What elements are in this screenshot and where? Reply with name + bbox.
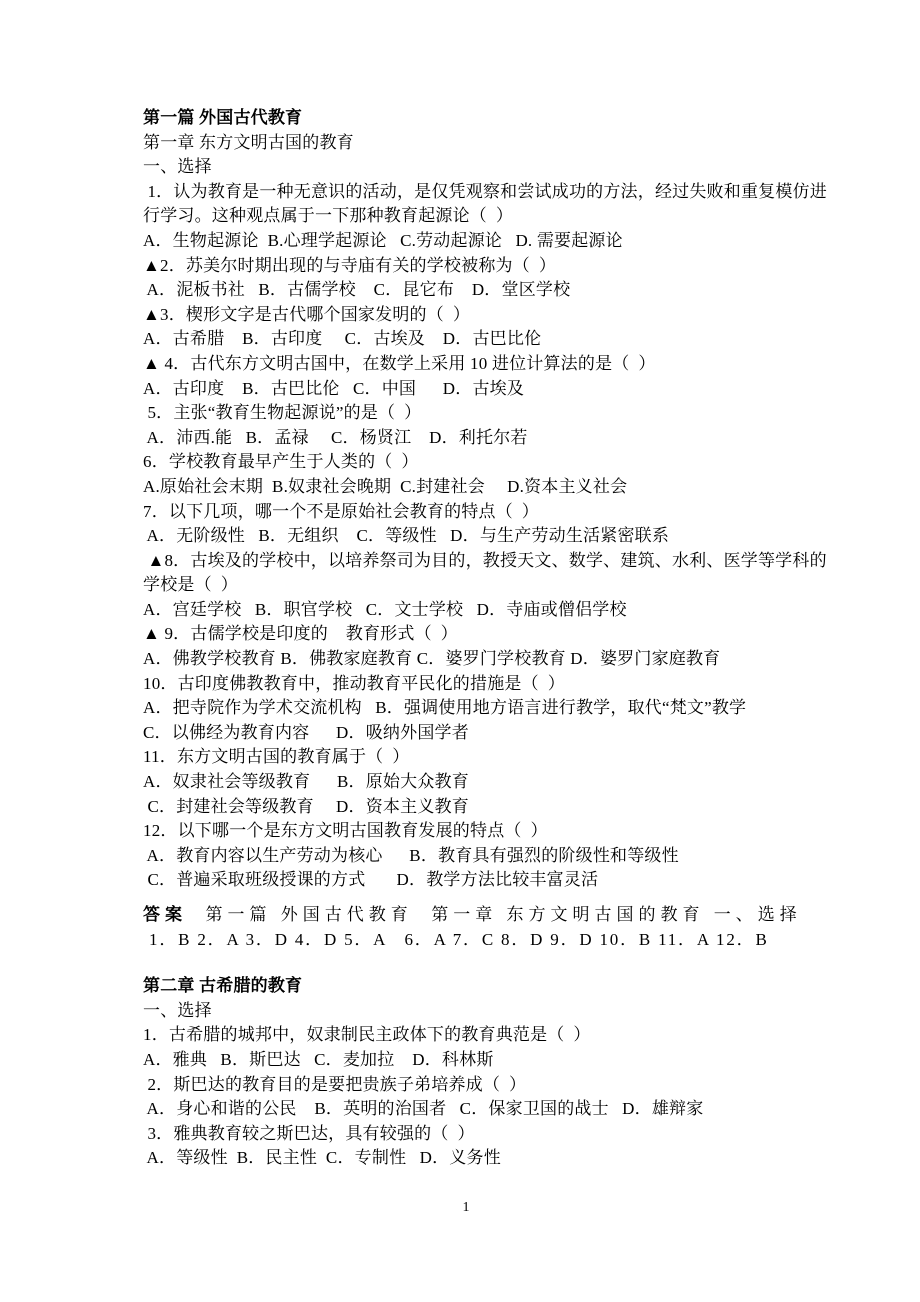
- doc-line: 12．以下哪一个是东方文明古国教育发展的特点（ ）: [143, 819, 793, 844]
- answer-heading-text: 第一篇 外国古代教育 第一章 东方文明古国的教育 一、选择: [206, 905, 802, 924]
- doc-line: 1．认为教育是一种无意识的活动，是仅凭观察和尝试成功的方法，经过失败和重复模仿进: [143, 180, 793, 205]
- doc-line: A．古印度 B．古巴比伦 C．中国 D．古埃及: [143, 377, 793, 402]
- doc-line: 学校是（ ）: [143, 573, 793, 598]
- answer-key-line: 1．B 2．A 3．D 4．D 5．A 6．A 7．C 8．D 9．D 10．B…: [143, 928, 793, 953]
- doc-line: A．身心和谐的公民 B．英明的治国者 C．保家卫国的战士 D．雄辩家: [143, 1097, 793, 1122]
- doc-line: 10．古印度佛教教育中，推动教育平民化的措施是（ ）: [143, 672, 793, 697]
- document-body: 第一篇 外国古代教育第一章 东方文明古国的教育一、选择 1．认为教育是一种无意识…: [143, 106, 793, 1171]
- document-page: 第一篇 外国古代教育第一章 东方文明古国的教育一、选择 1．认为教育是一种无意识…: [0, 0, 920, 1302]
- doc-line: ▲ 9．古儒学校是印度的 教育形式（ ）: [143, 622, 793, 647]
- doc-line: A．生物起源论 B.心理学起源论 C.劳动起源论 D. 需要起源论: [143, 229, 793, 254]
- doc-line: 一、选择: [143, 155, 793, 180]
- page-number: 1: [463, 1200, 470, 1215]
- doc-line: C．以佛经为教育内容 D．吸纳外国学者: [143, 721, 793, 746]
- doc-line: 3．雅典教育较之斯巴达，具有较强的（ ）: [143, 1122, 793, 1147]
- section-heading: 第二章 古希腊的教育: [143, 974, 793, 999]
- doc-line: 11．东方文明古国的教育属于（ ）: [143, 745, 793, 770]
- doc-line: A．沛西.能 B．孟禄 C．杨贤江 D．利托尔若: [143, 426, 793, 451]
- doc-line: A．雅典 B．斯巴达 C．麦加拉 D．科林斯: [143, 1048, 793, 1073]
- doc-line: A．等级性 B．民主性 C．专制性 D．义务性: [143, 1146, 793, 1171]
- doc-line: ▲8．古埃及的学校中，以培养祭司为目的，教授天文、数学、建筑、水利、医学等学科的: [143, 549, 793, 574]
- doc-line: 5．主张“教育生物起源说”的是（ ）: [143, 401, 793, 426]
- doc-line: A.原始社会末期 B.奴隶社会晚期 C.封建社会 D.资本主义社会: [143, 475, 793, 500]
- spacer: [143, 952, 793, 974]
- doc-line: A．奴隶社会等级教育 B．原始大众教育: [143, 770, 793, 795]
- doc-line: C．封建社会等级教育 D．资本主义教育: [143, 795, 793, 820]
- page-footer: 1: [143, 1200, 789, 1216]
- doc-line: A．教育内容以生产劳动为核心 B．教育具有强烈的阶级性和等级性: [143, 844, 793, 869]
- answer-header-line: 答案 第一篇 外国古代教育 第一章 东方文明古国的教育 一、选择: [143, 903, 793, 928]
- answer-label: 答案: [143, 905, 187, 924]
- doc-line: A．佛教学校教育 B．佛教家庭教育 C．婆罗门学校教育 D．婆罗门家庭教育: [143, 647, 793, 672]
- doc-line: A．把寺院作为学术交流机构 B．强调使用地方语言进行教学，取代“梵文”教学: [143, 696, 793, 721]
- doc-line: ▲ 4．古代东方文明古国中，在数学上采用 10 进位计算法的是（ ）: [143, 352, 793, 377]
- doc-line: 一、选择: [143, 999, 793, 1024]
- doc-line: 第一章 东方文明古国的教育: [143, 131, 793, 156]
- section-heading: 第一篇 外国古代教育: [143, 106, 793, 131]
- doc-line: 7．以下几项，哪一个不是原始社会教育的特点（ ）: [143, 500, 793, 525]
- doc-line: C．普遍采取班级授课的方式 D．教学方法比较丰富灵活: [143, 868, 793, 893]
- doc-line: A．古希腊 B．古印度 C．古埃及 D．古巴比伦: [143, 327, 793, 352]
- doc-line: 行学习。这种观点属于一下那种教育起源论（ ）: [143, 204, 793, 229]
- doc-line: A．无阶级性 B．无组织 C．等级性 D．与生产劳动生活紧密联系: [143, 524, 793, 549]
- doc-line: 2．斯巴达的教育目的是要把贵族子弟培养成（ ）: [143, 1073, 793, 1098]
- doc-line: A．宫廷学校 B．职官学校 C．文士学校 D．寺庙或僧侣学校: [143, 598, 793, 623]
- doc-line: ▲2．苏美尔时期出现的与寺庙有关的学校被称为（ ）: [143, 254, 793, 279]
- doc-line: A．泥板书社 B．古儒学校 C．昆它布 D．堂区学校: [143, 278, 793, 303]
- doc-line: ▲3．楔形文字是古代哪个国家发明的（ ）: [143, 303, 793, 328]
- doc-line: 6．学校教育最早产生于人类的（ ）: [143, 450, 793, 475]
- spacer: [143, 893, 793, 903]
- doc-line: 1．古希腊的城邦中，奴隶制民主政体下的教育典范是（ ）: [143, 1023, 793, 1048]
